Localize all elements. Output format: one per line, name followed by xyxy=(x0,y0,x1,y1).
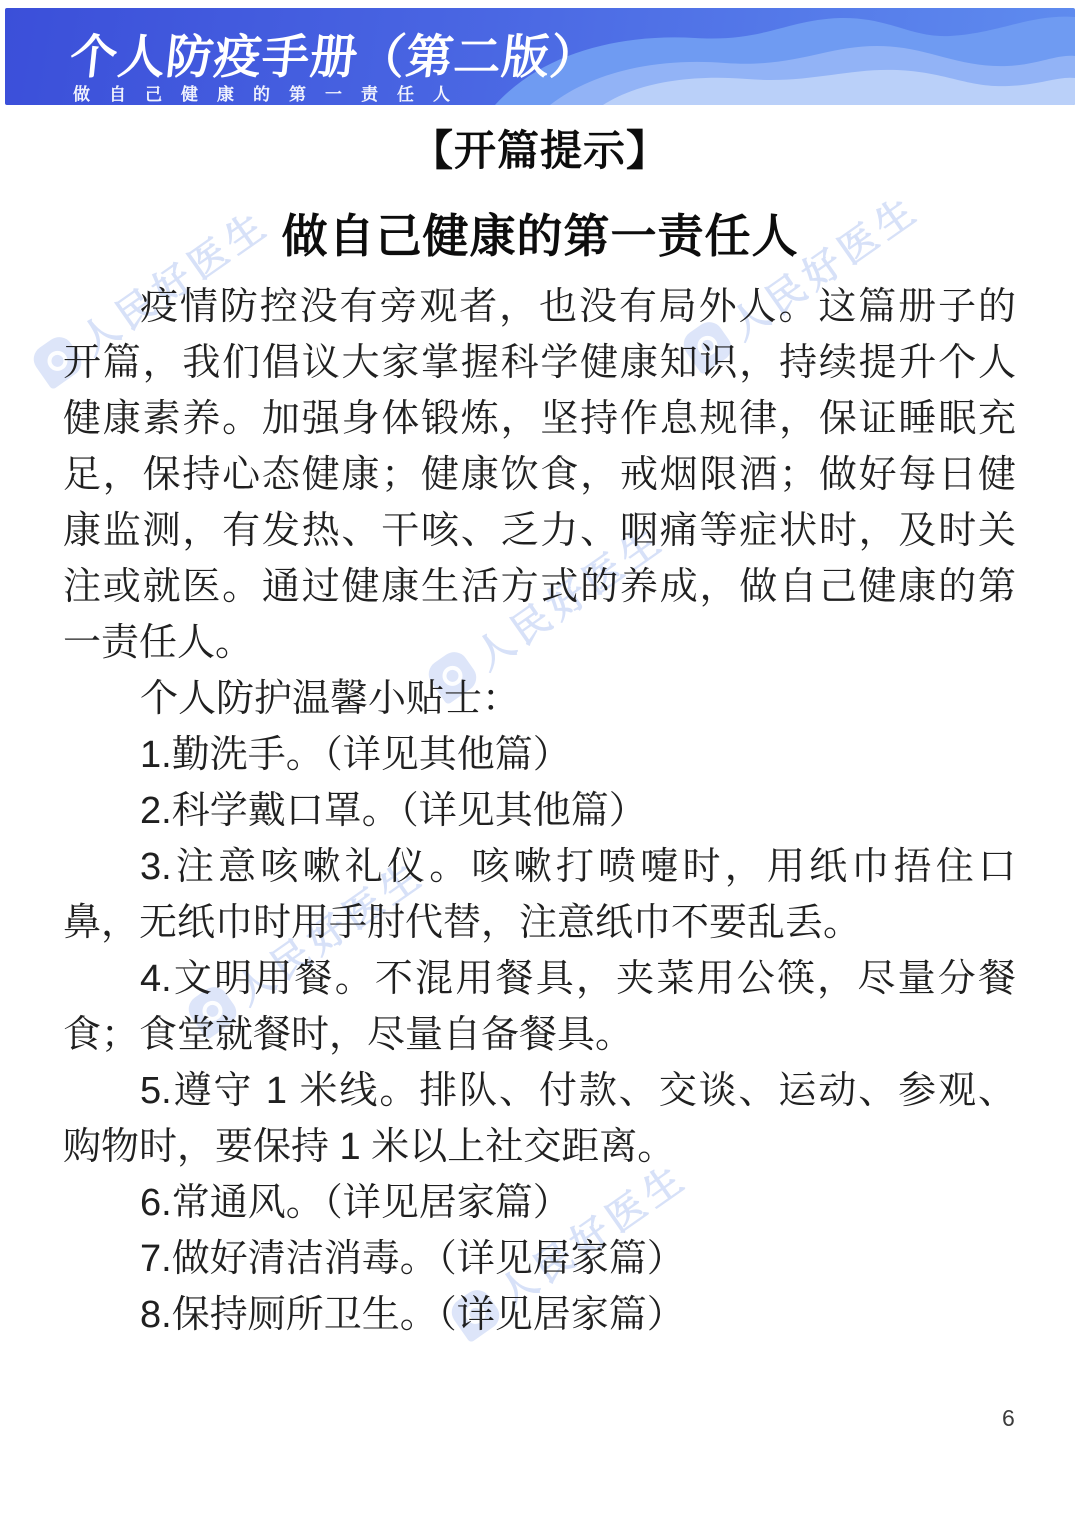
list-item: 1.勤洗手。（详见其他篇） xyxy=(63,727,1016,783)
body-text: 疫情防控没有旁观者，也没有局外人。这篇册子的 开篇，我们倡议大家掌握科学健康知识… xyxy=(63,279,1016,1343)
banner-subtitle: 做自己健康的第一责任人 xyxy=(73,80,469,105)
text-line: 食；食堂就餐时，尽量自备餐具。 xyxy=(63,1007,1016,1063)
list-item: 3.注意咳嗽礼仪。咳嗽打喷嚏时，用纸巾捂住口 xyxy=(63,839,1016,895)
text-line: 购物时，要保持 1 米以上社交距离。 xyxy=(63,1119,1016,1175)
list-item: 5.遵守 1 米线。排队、付款、交谈、运动、参观、 xyxy=(63,1063,1016,1119)
text-line: 注或就医。通过健康生活方式的养成，做自己健康的第 xyxy=(63,559,1016,615)
text-line: 个人防护温馨小贴士： xyxy=(63,671,1016,727)
list-item: 7.做好清洁消毒。（详见居家篇） xyxy=(63,1231,1016,1287)
text-line: 康监测，有发热、干咳、乏力、咽痛等症状时，及时关 xyxy=(63,503,1016,559)
header-banner: 个人防疫手册（第二版） 做自己健康的第一责任人 xyxy=(5,8,1075,105)
section-title: 【开篇提示】 xyxy=(0,118,1080,178)
page-number: 6 xyxy=(1002,1405,1015,1432)
text-line: 健康素养。加强身体锻炼，坚持作息规律，保证睡眠充 xyxy=(63,391,1016,447)
list-item: 8.保持厕所卫生。（详见居家篇） xyxy=(63,1287,1016,1343)
document-page: 个人防疫手册（第二版） 做自己健康的第一责任人 人民好医生 人民好医生 人民好医… xyxy=(0,0,1080,1527)
text-line: 一责任人。 xyxy=(63,615,1016,671)
banner-title: 个人防疫手册（第二版） xyxy=(67,20,602,87)
page-heading: 做自己健康的第一责任人 xyxy=(0,200,1080,266)
text-line: 开篇，我们倡议大家掌握科学健康知识，持续提升个人 xyxy=(63,335,1016,391)
list-item: 6.常通风。（详见居家篇） xyxy=(63,1175,1016,1231)
text-line: 鼻，无纸巾时用手肘代替，注意纸巾不要乱丢。 xyxy=(63,895,1016,951)
text-line: 疫情防控没有旁观者，也没有局外人。这篇册子的 xyxy=(63,279,1016,335)
text-line: 足，保持心态健康；健康饮食，戒烟限酒；做好每日健 xyxy=(63,447,1016,503)
list-item: 4.文明用餐。不混用餐具，夹菜用公筷，尽量分餐 xyxy=(63,951,1016,1007)
list-item: 2.科学戴口罩。（详见其他篇） xyxy=(63,783,1016,839)
